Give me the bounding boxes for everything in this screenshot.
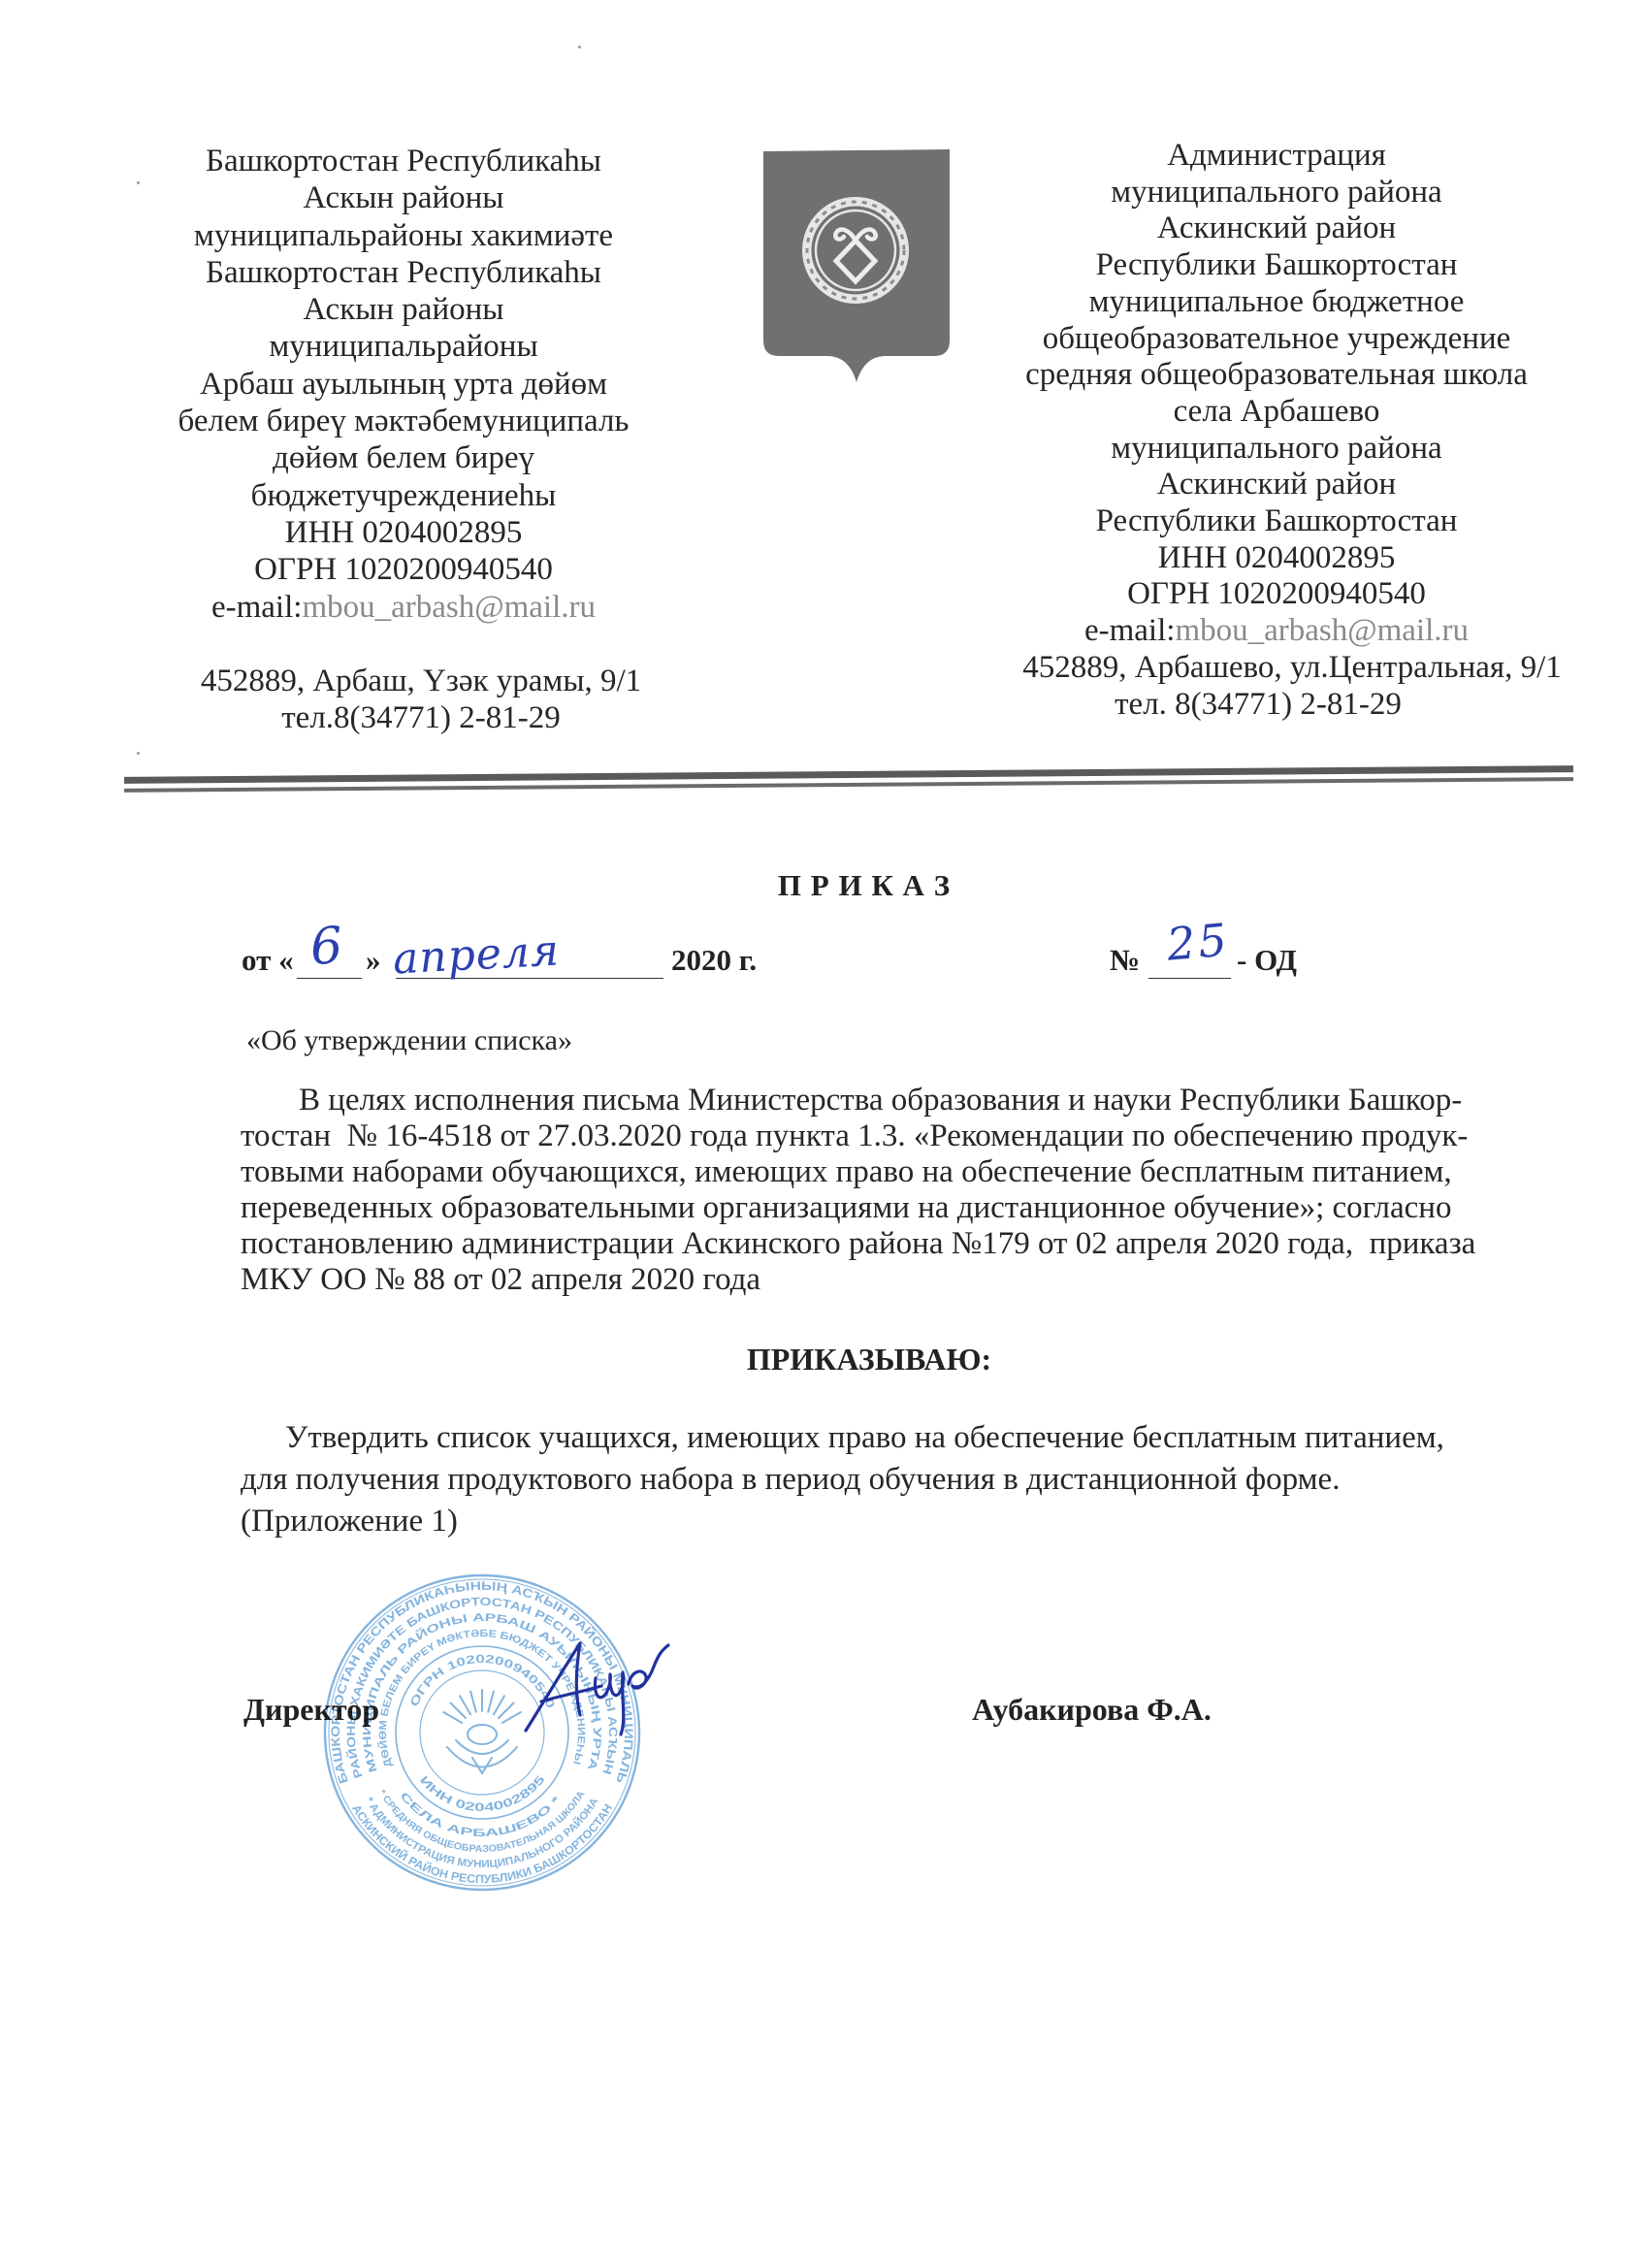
header-right-line: Аскинский район [990, 467, 1563, 503]
preamble-line: В целях исполнения письма Министерства о… [241, 1083, 1475, 1118]
order-paragraph: Утвердить список учащихся, имеющих право… [241, 1417, 1444, 1542]
coat-of-arms-icon [761, 148, 952, 383]
email-address: mbou_arbash@mail.ru [1175, 613, 1469, 648]
header-left-line: муниципальрайоны [132, 328, 675, 365]
number-suffix: - ОД [1237, 941, 1297, 980]
preamble-line: постановлению администрации Аскинского р… [241, 1226, 1475, 1262]
header-left-email: e-mail:mbou_arbash@mail.ru [132, 589, 675, 626]
date-year: 2020 г. [671, 941, 757, 980]
number-blank [1148, 978, 1231, 979]
order-line: Утвердить список учащихся, имеющих право… [241, 1417, 1444, 1459]
email-label: e-mail: [211, 590, 302, 625]
date-number-line: от « » 2020 г. № - ОД 6 апреля 25 [0, 941, 1649, 999]
order-line: для получения продуктового набора в пери… [241, 1459, 1444, 1501]
header-left-ogrn: ОГРН 1020200940540 [132, 551, 675, 588]
day-blank [297, 978, 362, 979]
header-right-line: Республики Башкортостан [990, 503, 1563, 540]
handwritten-day: 6 [308, 921, 344, 973]
header-left-line: дөйөм белем биреү [132, 439, 675, 476]
order-line: (Приложение 1) [241, 1501, 1444, 1542]
header-right-line: Республики Башкортостан [990, 247, 1563, 284]
header-right-line: средняя общеобразовательная школа [990, 357, 1563, 394]
handwritten-signature [512, 1637, 677, 1739]
stamp-ring-text: АСКИНСКИЙ РАЙОН РЕСПУБЛИКИ БАШКОРТОСТАН [349, 1801, 615, 1886]
blank-line [132, 626, 675, 663]
header-divider [124, 765, 1573, 793]
header-right-line: муниципального района [990, 431, 1563, 468]
number-sign: № [1110, 941, 1140, 980]
preamble-paragraph: В целях исполнения письма Министерства о… [241, 1083, 1475, 1298]
stamp-center-emblem [443, 1690, 521, 1773]
header-right-phone: тел. 8(34771) 2-81-29 [972, 687, 1544, 724]
header-left-address: 452889, Арбаш, Үзәк урамы, 9/1 [149, 663, 693, 699]
date-prefix: от « [242, 941, 294, 980]
svg-text:АСКИНСКИЙ РАЙОН РЕСПУБЛИКИ БАШ: АСКИНСКИЙ РАЙОН РЕСПУБЛИКИ БАШКОРТОСТАН [349, 1801, 615, 1886]
handwritten-number: 25 [1165, 917, 1231, 966]
header-left-inn: ИНН 0204002895 [132, 514, 675, 551]
scan-speck [137, 752, 140, 755]
stamp-inn: ИНН 0204002895 [417, 1772, 548, 1814]
header-right-line: Администрация [990, 138, 1563, 175]
date-quote-close: » [366, 941, 381, 980]
header-right-line: Аскинский район [990, 211, 1563, 247]
header-right-line: общеобразовательное учреждение [990, 321, 1563, 358]
preamble-line: МКУ ОО № 88 от 02 апреля 2020 года [241, 1262, 1475, 1298]
document-title: П Р И К А З [670, 870, 1058, 900]
header-right-line: муниципальное бюджетное [990, 284, 1563, 321]
scanned-order-document: Башкортостан Республикаһы Аскын районы м… [0, 0, 1649, 2268]
header-right-inn: ИНН 0204002895 [990, 540, 1563, 577]
preamble-line: товыми наборами обучающихся, имеющих пра… [241, 1154, 1475, 1190]
header-right-ogrn: ОГРН 1020200940540 [990, 576, 1563, 613]
header-right-line: села Арбашево [990, 394, 1563, 431]
order-heading: ПРИКАЗЫВАЮ: [675, 1344, 1063, 1375]
header-left-line: белем биреү мәктәбемуниципаль [132, 403, 675, 439]
header-left-line: муниципальрайоны хакимиәте [132, 217, 675, 254]
order-subject: «Об утверждении списка» [246, 1023, 572, 1058]
signer-name: Аубакирова Ф.А. [972, 1694, 1212, 1725]
header-left-line: Аскын районы [132, 291, 675, 328]
header-left-line: Башкортостан Республикаһы [132, 143, 675, 179]
preamble-line: тостан № 16-4518 от 27.03.2020 года пунк… [241, 1118, 1475, 1154]
header-right-line: муниципального района [990, 175, 1563, 211]
svg-text:ИНН 0204002895: ИНН 0204002895 [417, 1772, 548, 1814]
handwritten-month: апреля [392, 930, 561, 982]
email-address: mbou_arbash@mail.ru [302, 590, 596, 625]
header-left-line: Башкортостан Республикаһы [132, 254, 675, 291]
header-right-email: e-mail:mbou_arbash@mail.ru [990, 613, 1563, 650]
scan-speck [578, 46, 581, 49]
header-right-address: 452889, Арбашево, ул.Центральная, 9/1 [1006, 650, 1578, 687]
header-left-column: Башкортостан Республикаһы Аскын районы м… [132, 143, 675, 737]
email-label: e-mail: [1084, 613, 1175, 648]
header-left-phone: тел.8(34771) 2-81-29 [149, 699, 693, 736]
preamble-line: переведенных образовательными организаци… [241, 1190, 1475, 1226]
header-left-line: Аскын районы [132, 179, 675, 216]
header-left-line: Арбаш ауылының урта дөйөм [132, 366, 675, 403]
header-left-line: бюджетучреждениеһы [132, 477, 675, 514]
header-right-column: Администрация муниципального района Аски… [990, 138, 1563, 723]
